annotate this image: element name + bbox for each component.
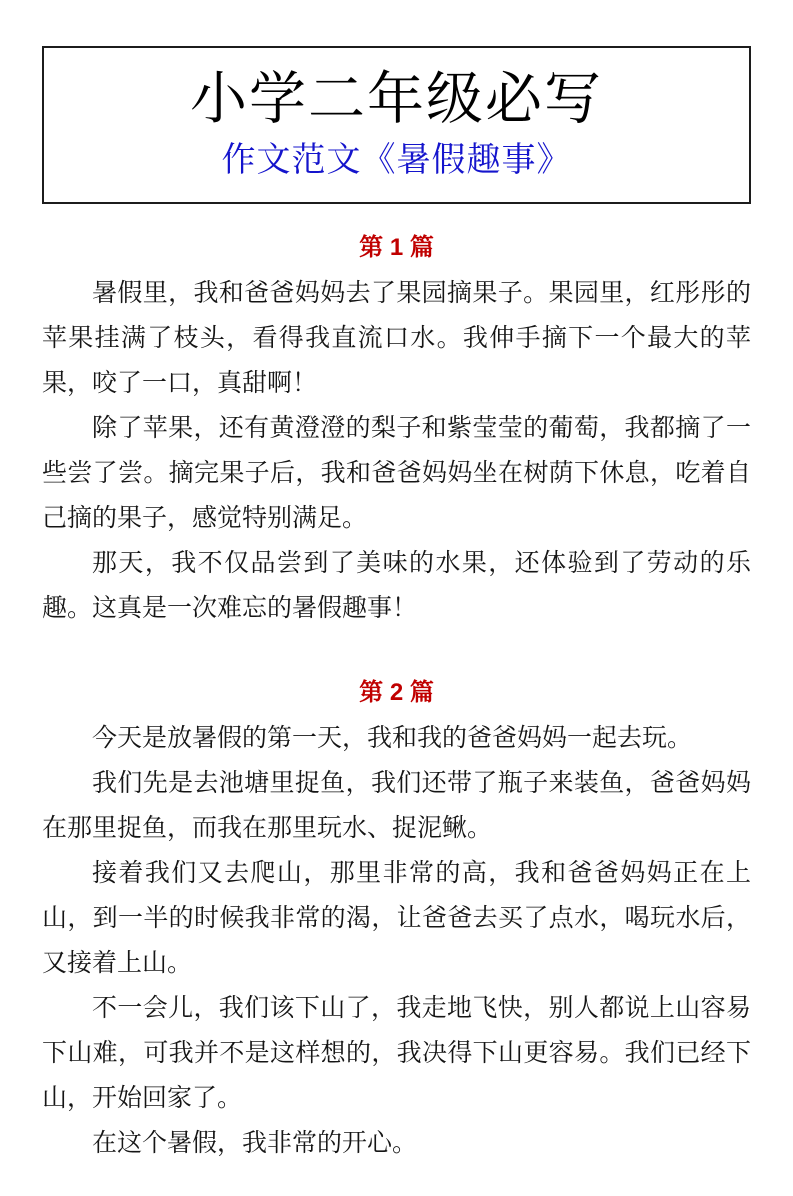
essay-2-body: 今天是放暑假的第一天，我和我的爸爸妈妈一起去玩。 我们先是去池塘里捉鱼，我们还带… bbox=[42, 716, 751, 1166]
essay-paragraph: 除了苹果，还有黄澄澄的梨子和紫莹莹的葡萄，我都摘了一些尝了尝。摘完果子后，我和爸… bbox=[42, 406, 751, 541]
essay-1-body: 暑假里，我和爸爸妈妈去了果园摘果子。果园里，红彤彤的苹果挂满了枝头，看得我直流口… bbox=[42, 271, 751, 631]
essay-paragraph: 接着我们又去爬山，那里非常的高，我和爸爸妈妈正在上山，到一半的时候我非常的渴，让… bbox=[42, 851, 751, 986]
essay-section-1: 第 1 篇 暑假里，我和爸爸妈妈去了果园摘果子。果园里，红彤彤的苹果挂满了枝头，… bbox=[42, 234, 751, 631]
essay-paragraph: 在这个暑假，我非常的开心。 bbox=[42, 1121, 751, 1166]
essay-paragraph: 我们先是去池塘里捉鱼，我们还带了瓶子来装鱼，爸爸妈妈在那里捉鱼，而我在那里玩水、… bbox=[42, 761, 751, 851]
document-page: 小学二年级必写 作文范文《暑假趣事》 第 1 篇 暑假里，我和爸爸妈妈去了果园摘… bbox=[0, 0, 793, 1196]
essay-paragraph: 今天是放暑假的第一天，我和我的爸爸妈妈一起去玩。 bbox=[42, 716, 751, 761]
essay-2-heading: 第 2 篇 bbox=[42, 679, 751, 708]
essay-paragraph: 不一会儿，我们该下山了，我走地飞快，别人都说上山容易下山难，可我并不是这样想的，… bbox=[42, 986, 751, 1121]
document-title: 小学二年级必写 bbox=[52, 64, 741, 135]
essay-paragraph: 暑假里，我和爸爸妈妈去了果园摘果子。果园里，红彤彤的苹果挂满了枝头，看得我直流口… bbox=[42, 271, 751, 406]
document-subtitle: 作文范文《暑假趣事》 bbox=[52, 141, 741, 182]
essay-paragraph: 那天，我不仅品尝到了美味的水果，还体验到了劳动的乐趣。这真是一次难忘的暑假趣事！ bbox=[42, 541, 751, 631]
essay-section-2: 第 2 篇 今天是放暑假的第一天，我和我的爸爸妈妈一起去玩。 我们先是去池塘里捉… bbox=[42, 679, 751, 1166]
title-box: 小学二年级必写 作文范文《暑假趣事》 bbox=[42, 46, 751, 204]
essay-1-heading: 第 1 篇 bbox=[42, 234, 751, 263]
